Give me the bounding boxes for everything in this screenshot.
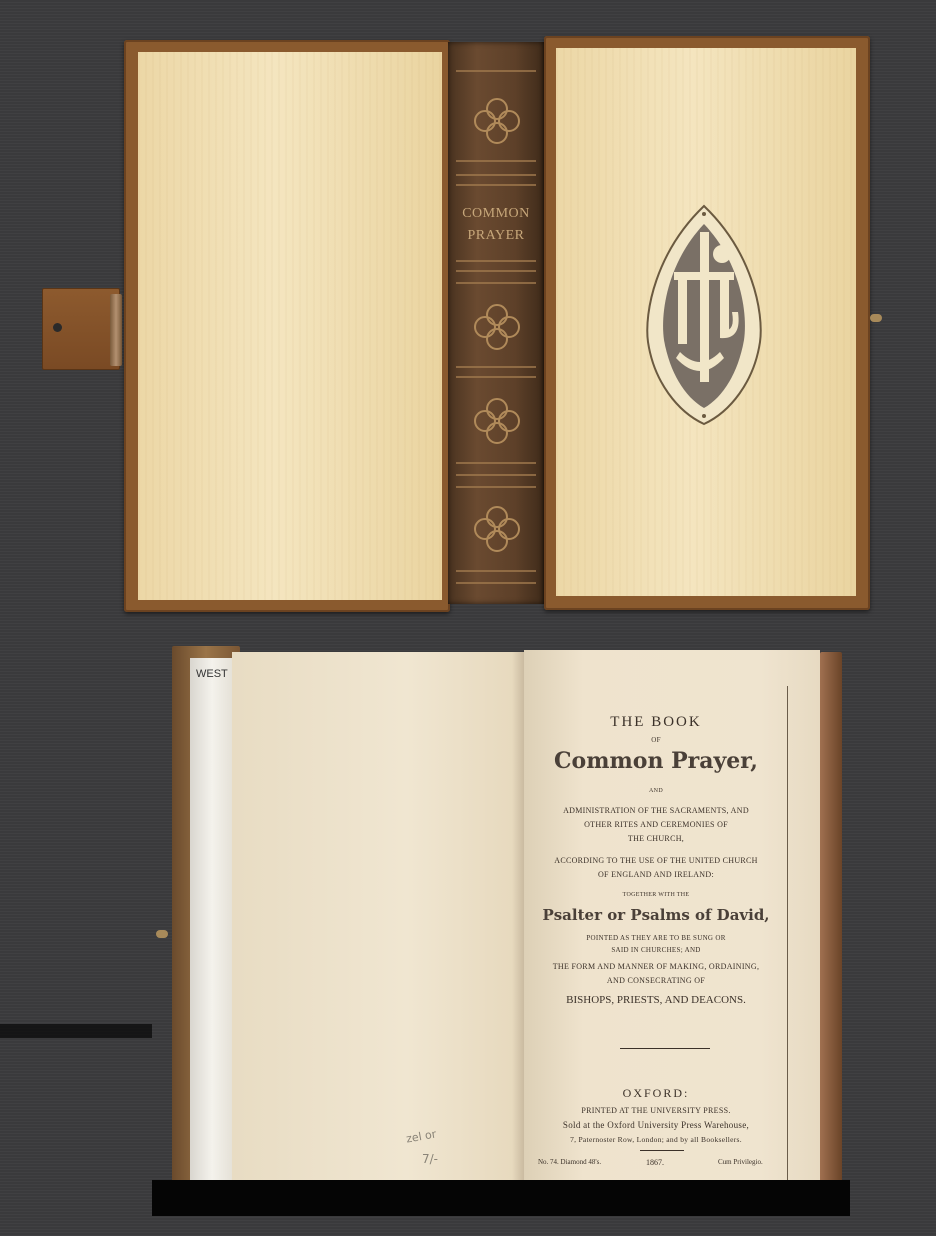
quatrefoil-ornament-icon — [474, 506, 518, 550]
title-bishops: BISHOPS, PRIESTS, AND DEACONS. — [524, 994, 788, 1006]
title-sold: Sold at the Oxford University Press Ware… — [524, 1120, 788, 1130]
title-pointed-2: SAID IN CHURCHES; AND — [524, 946, 788, 954]
open-book: WEST zel or 7/- THE BOOK OF Common Praye… — [160, 644, 850, 1184]
title-address: 7, Paternoster Row, London; and by all B… — [524, 1135, 788, 1144]
title-form-2: AND CONSECRATING OF — [524, 976, 788, 985]
right-board-edge — [820, 652, 842, 1184]
title-rule-1 — [620, 1048, 710, 1049]
title-together: TOGETHER WITH THE — [524, 892, 788, 898]
title-admin-3: THE CHURCH, — [524, 834, 788, 843]
ihs-monogram-icon — [640, 202, 768, 428]
back-cover — [124, 40, 450, 612]
clasp-pin-icon — [156, 930, 168, 938]
title-page: THE BOOK OF Common Prayer, AND ADMINISTR… — [524, 650, 820, 1184]
brass-clasp — [42, 288, 120, 370]
footer-edition: No. 74. Diamond 48's. — [538, 1158, 601, 1166]
redaction-bar — [152, 1180, 850, 1216]
spine-title-line2: PRAYER — [448, 228, 544, 244]
footer-year: 1867. — [646, 1158, 664, 1167]
left-page: zel or 7/- — [232, 652, 524, 1184]
title-admin-1: ADMINISTRATION OF THE SACRAMENTS, AND — [524, 806, 788, 815]
title-rule-2 — [640, 1150, 684, 1151]
book-spine: COMMON PRAYER — [448, 42, 544, 604]
title-of: OF — [524, 736, 788, 744]
title-printed: PRINTED AT THE UNIVERSITY PRESS. — [524, 1106, 788, 1115]
clasp-hole — [53, 323, 62, 332]
footer-privilege: Cum Privilegio. — [718, 1158, 763, 1166]
spine-title-line1: COMMON — [448, 206, 544, 222]
back-cover-ivory-panel — [138, 52, 442, 600]
title-according-2: OF ENGLAND AND IRELAND: — [524, 870, 788, 879]
bookplate-label: WEST — [196, 668, 228, 680]
title-oxford: OXFORD: — [524, 1086, 788, 1101]
quatrefoil-ornament-icon — [474, 98, 518, 142]
title-form-1: THE FORM AND MANNER OF MAKING, ORDAINING… — [524, 962, 788, 971]
pencil-note-line2: 7/- — [422, 1152, 438, 1166]
closed-book: COMMON PRAYER — [40, 36, 880, 616]
background-shadow-strip — [0, 1024, 152, 1038]
clasp-hinge-icon — [110, 294, 122, 366]
title-common-prayer: Common Prayer, — [524, 748, 788, 774]
quatrefoil-ornament-icon — [474, 398, 518, 442]
clasp-pin-icon — [870, 314, 882, 322]
title-psalter: Psalter or Psalms of David, — [524, 906, 788, 924]
title-admin-2: OTHER RITES AND CEREMONIES OF — [524, 820, 788, 829]
title-the-book: THE BOOK — [524, 714, 788, 731]
flyleaf-strip — [190, 658, 234, 1184]
title-block: THE BOOK OF Common Prayer, AND ADMINISTR… — [524, 650, 788, 1184]
quatrefoil-ornament-icon — [474, 304, 518, 348]
title-and: AND — [524, 788, 788, 794]
title-according-1: ACCORDING TO THE USE OF THE UNITED CHURC… — [524, 856, 788, 865]
front-cover — [544, 36, 870, 610]
title-pointed-1: POINTED AS THEY ARE TO BE SUNG OR — [524, 934, 788, 942]
pencil-note-line1: zel or — [405, 1127, 437, 1145]
